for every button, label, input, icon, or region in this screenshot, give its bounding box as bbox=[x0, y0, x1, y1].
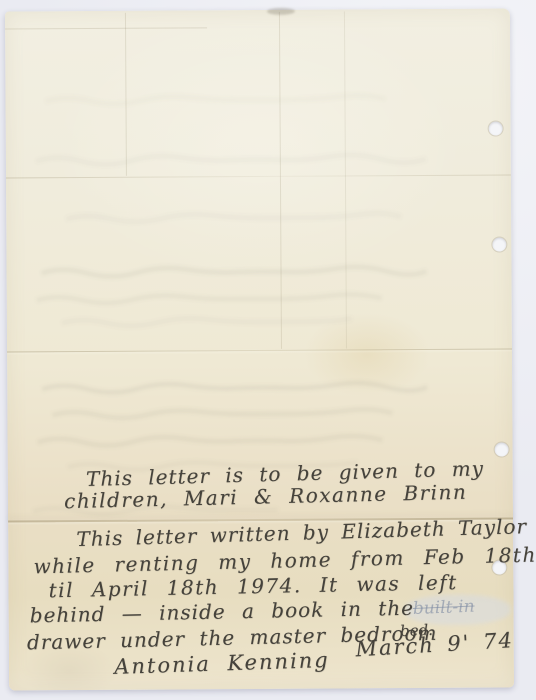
fold-crease-upper bbox=[6, 174, 511, 178]
punch-hole bbox=[495, 442, 509, 456]
fold-crease-middle bbox=[7, 348, 512, 352]
fold-crease-vertical-right bbox=[344, 11, 347, 348]
erased-word: built-in bbox=[413, 597, 475, 620]
punch-hole bbox=[492, 237, 506, 251]
fold-crease-vertical-left bbox=[125, 13, 127, 176]
signature: Antonia Kenning bbox=[114, 648, 330, 679]
paper-tear bbox=[267, 8, 295, 15]
letter-photo: This letter is to be given to my childre… bbox=[0, 0, 536, 700]
fold-crease-top bbox=[5, 27, 207, 29]
punch-hole bbox=[489, 122, 503, 136]
fold-crease-vertical-center bbox=[279, 12, 282, 349]
letter-paper: This letter is to be given to my childre… bbox=[5, 8, 514, 690]
